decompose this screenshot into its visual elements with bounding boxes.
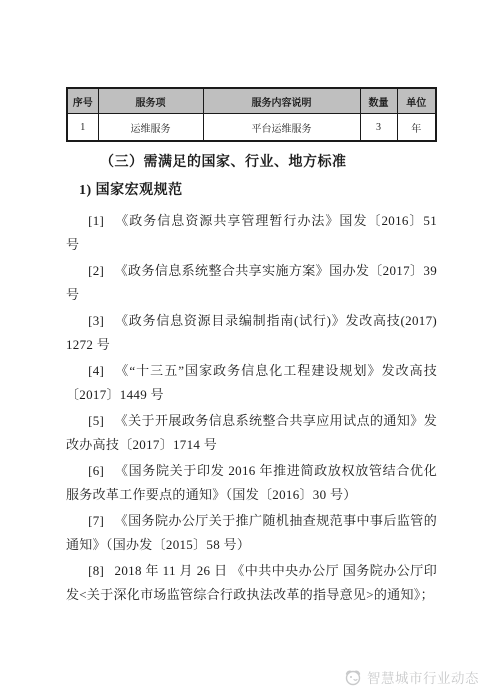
- item-text: 《政务信息资源共享管理暂行办法》国发〔2016〕51 号: [66, 213, 437, 252]
- service-table-body: 1 运维服务 平台运维服务 3 年: [67, 114, 436, 142]
- subsection-heading: 1) 国家宏观规范: [79, 182, 437, 200]
- cell-service-desc: 平台运维服务: [203, 114, 360, 142]
- item-text: 《关于开展政务信息系统整合共享应用试点的通知》发改办高技〔2017〕1714 号: [66, 413, 437, 452]
- item-text: 《“十三五”国家政务信息化工程建设规划》发改高技〔2017〕1449 号: [66, 363, 437, 402]
- item-text: 《国务院办公厅关于推广随机抽查规范事中事后监管的通知》（国办发〔2015〕58 …: [66, 513, 437, 552]
- item-label: [3]: [88, 313, 104, 328]
- item-text: 《政务信息资源目录编制指南(试行)》发改高技(2017) 1272 号: [66, 313, 437, 352]
- cell-index: 1: [67, 114, 98, 142]
- standards-list: [1]《政务信息资源共享管理暂行办法》国发〔2016〕51 号 [2]《政务信息…: [66, 209, 437, 607]
- table-row: 1 运维服务 平台运维服务 3 年: [67, 114, 436, 142]
- document-page: 序号 服务项 服务内容说明 数量 单位 1 运维服务 平台运维服务 3 年 （三…: [66, 87, 437, 609]
- cell-service-item: 运维服务: [98, 114, 203, 142]
- section-heading: （三）需满足的国家、行业、地方标准: [100, 154, 437, 172]
- col-header-service-item: 服务项: [98, 88, 203, 114]
- watermark-logo-icon: [343, 668, 363, 686]
- item-text: 《国务院关于印发 2016 年推进简政放权放管结合优化服务改革工作要点的通知》（…: [66, 463, 437, 502]
- item-text: 《政务信息系统整合共享实施方案》国办发〔2017〕39 号: [66, 263, 437, 302]
- col-header-service-desc: 服务内容说明: [203, 88, 360, 114]
- list-item: [7]《国务院办公厅关于推广随机抽查规范事中事后监管的通知》（国办发〔2015〕…: [66, 509, 437, 557]
- item-label: [8]: [88, 563, 104, 578]
- col-header-quantity: 数量: [360, 88, 397, 114]
- list-item: [5]《关于开展政务信息系统整合共享应用试点的通知》发改办高技〔2017〕171…: [66, 409, 437, 457]
- cell-unit: 年: [397, 114, 436, 142]
- col-header-unit: 单位: [397, 88, 436, 114]
- item-label: [6]: [88, 463, 104, 478]
- item-label: [1]: [88, 213, 104, 228]
- col-header-index: 序号: [67, 88, 98, 114]
- cell-quantity: 3: [360, 114, 397, 142]
- service-table-header: 序号 服务项 服务内容说明 数量 单位: [67, 88, 436, 114]
- list-item: [2]《政务信息系统整合共享实施方案》国办发〔2017〕39 号: [66, 259, 437, 307]
- item-label: [5]: [88, 413, 104, 428]
- list-item: [1]《政务信息资源共享管理暂行办法》国发〔2016〕51 号: [66, 209, 437, 257]
- list-item: [3]《政务信息资源目录编制指南(试行)》发改高技(2017) 1272 号: [66, 309, 437, 357]
- list-item: [4]《“十三五”国家政务信息化工程建设规划》发改高技〔2017〕1449 号: [66, 359, 437, 407]
- item-label: [2]: [88, 263, 104, 278]
- watermark: 智慧城市行业动态: [343, 667, 479, 687]
- table-header-row: 序号 服务项 服务内容说明 数量 单位: [67, 88, 436, 114]
- list-item: [8]2018 年 11 月 26 日 《中共中央办公厅 国务院办公厅印发<关于…: [66, 559, 437, 607]
- watermark-text: 智慧城市行业动态: [367, 667, 479, 687]
- item-label: [4]: [88, 363, 104, 378]
- list-item: [6]《国务院关于印发 2016 年推进简政放权放管结合优化服务改革工作要点的通…: [66, 459, 437, 507]
- service-table: 序号 服务项 服务内容说明 数量 单位 1 运维服务 平台运维服务 3 年: [66, 87, 437, 142]
- item-label: [7]: [88, 513, 104, 528]
- item-text: 2018 年 11 月 26 日 《中共中央办公厅 国务院办公厅印发<关于深化市…: [66, 563, 437, 602]
